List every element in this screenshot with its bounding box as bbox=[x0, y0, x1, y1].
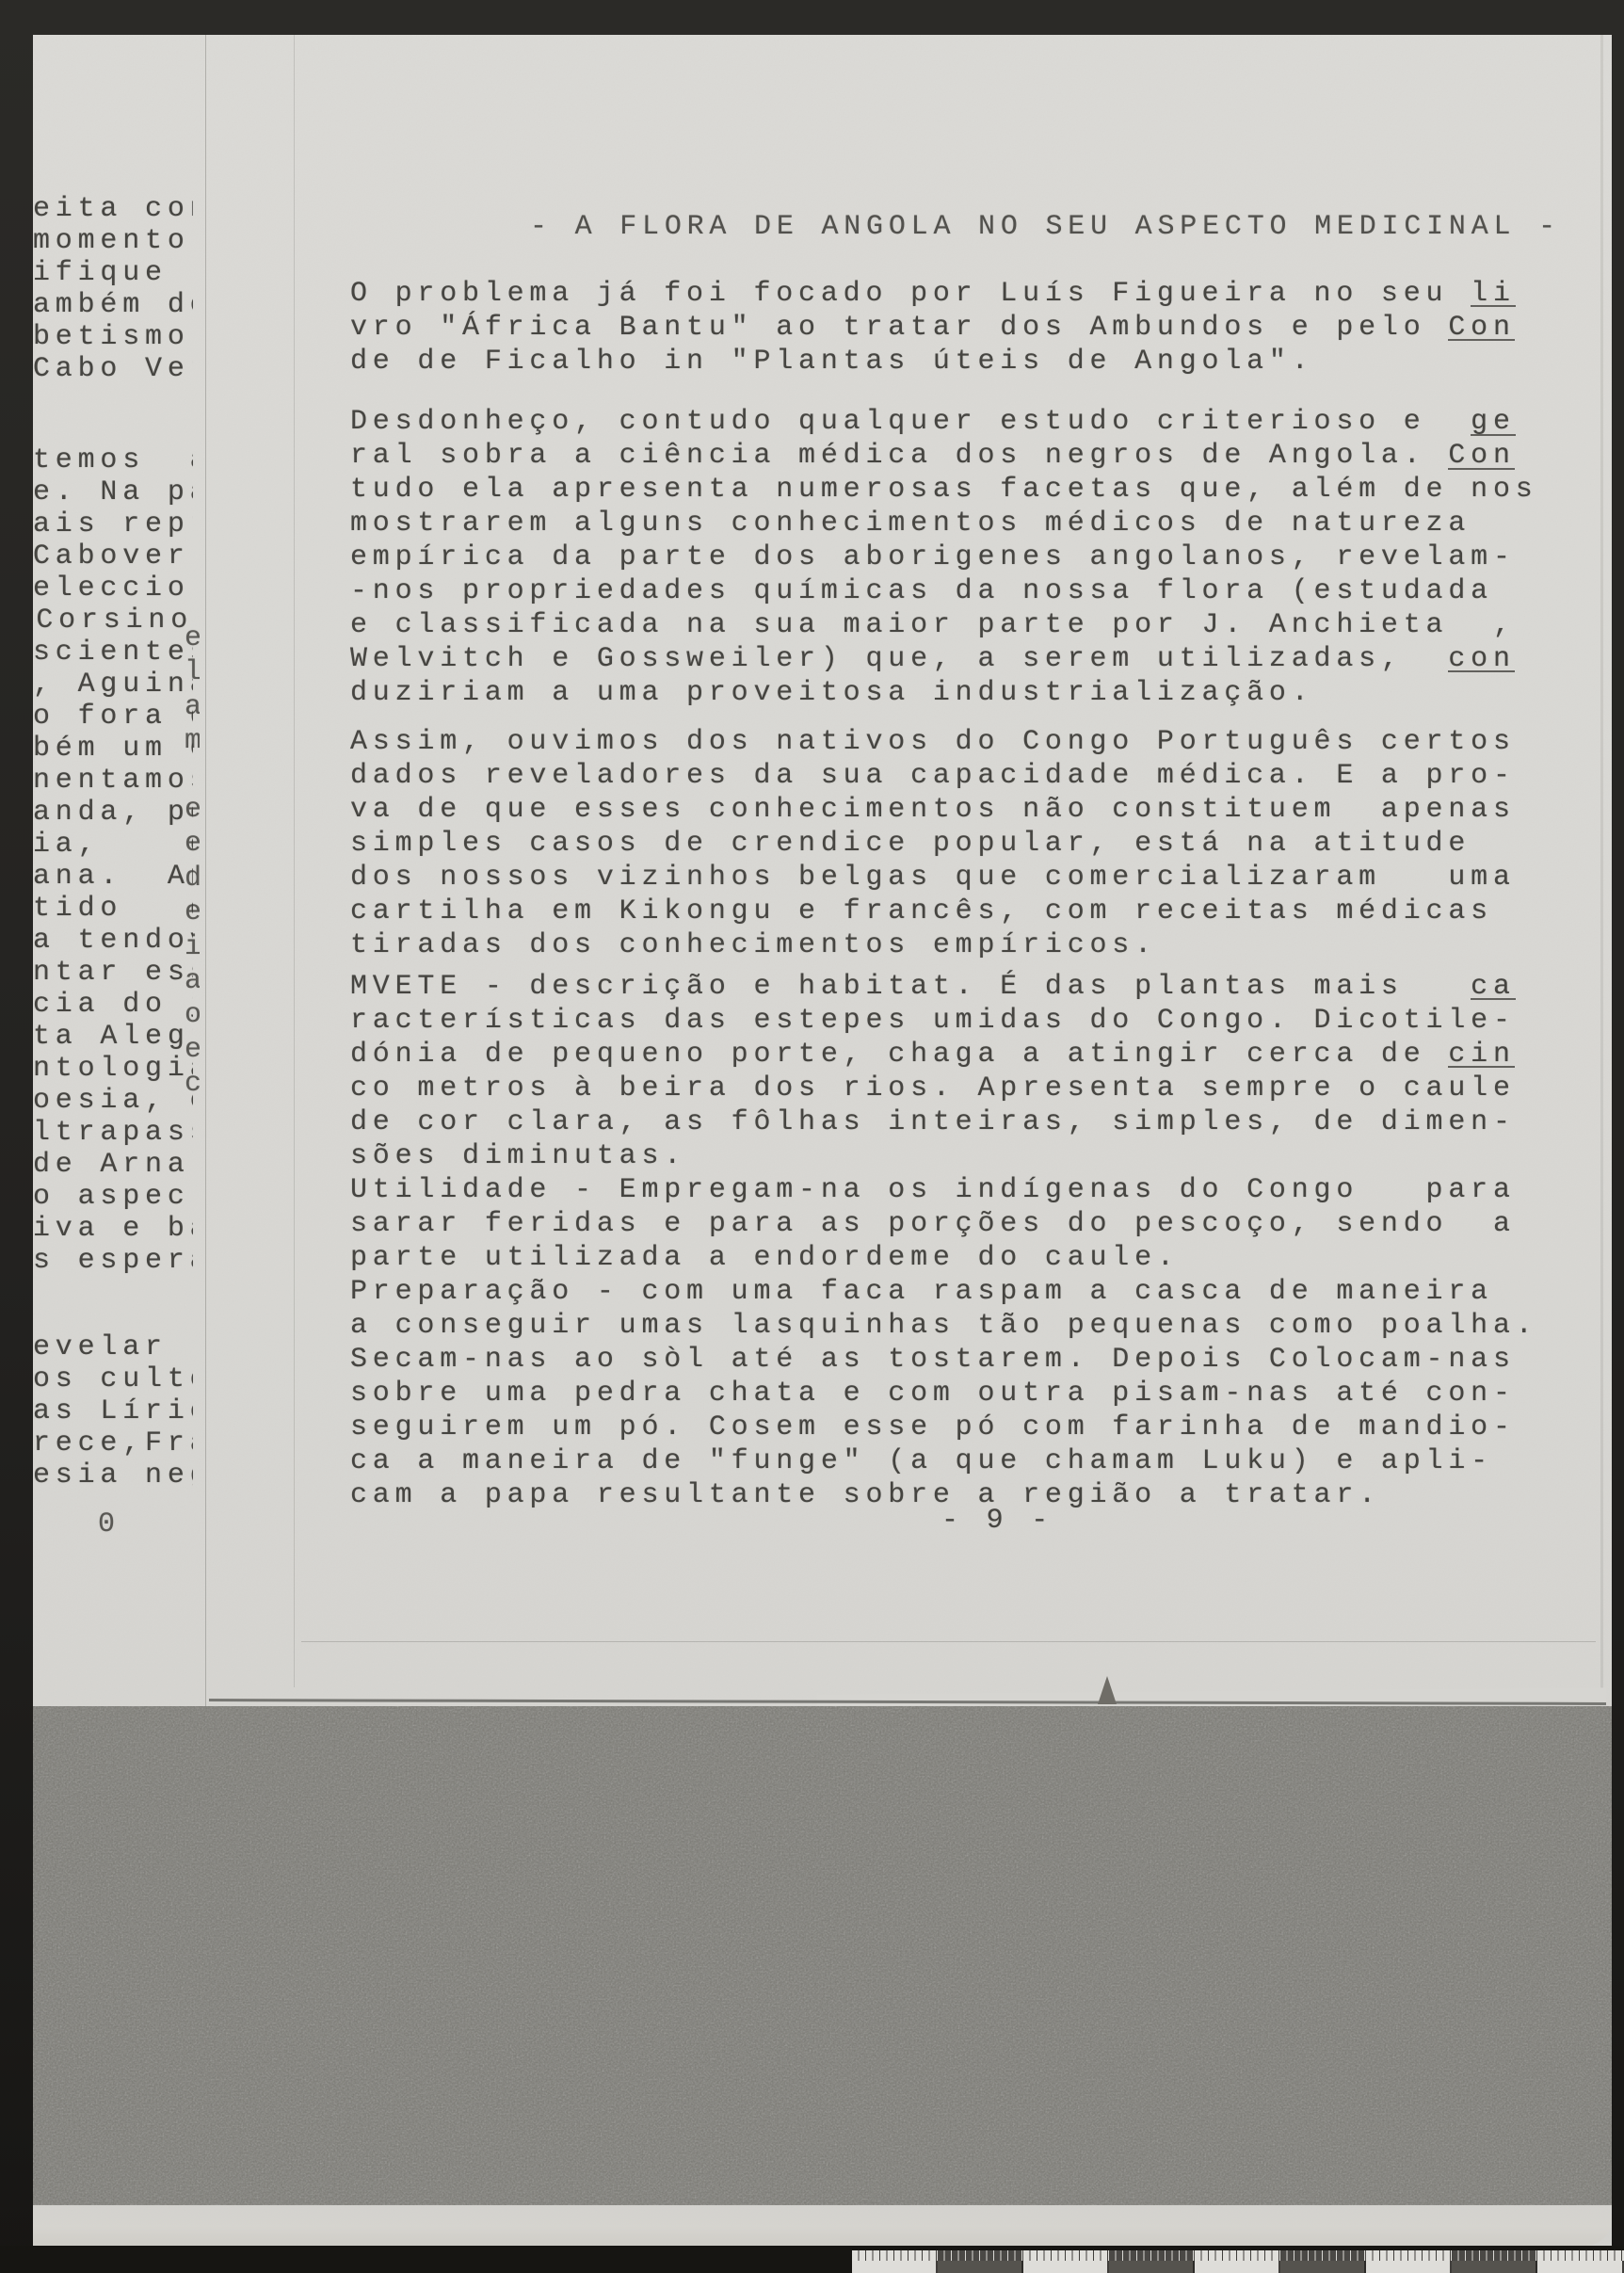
edge-letter: a bbox=[185, 690, 200, 724]
underline-mark bbox=[1448, 1066, 1515, 1068]
text-line: Assim, ouvimos dos nativos do Congo Port… bbox=[350, 725, 1516, 759]
paper-bottom-band bbox=[33, 2203, 1612, 2246]
edge-letter: i bbox=[185, 930, 200, 964]
left-page-fragment-top: eita consmomento ,ifique oambém deibetis… bbox=[33, 193, 193, 385]
edge-letter: m bbox=[185, 724, 200, 758]
page-edge-notch bbox=[1098, 1676, 1117, 1704]
edge-letter: d bbox=[185, 862, 200, 895]
fragment-line: iva e bas bbox=[33, 1213, 193, 1245]
text-line: tiradas dos conhecimentos empíricos. bbox=[350, 928, 1516, 962]
text-line: dónia de pequeno porte, chaga a atingir … bbox=[350, 1038, 1538, 1072]
edge-letter: a bbox=[185, 964, 200, 998]
text-line: co metros à beira dos rios. Apresenta se… bbox=[350, 1072, 1538, 1105]
fragment-line: anda, poe bbox=[33, 797, 193, 829]
text-line: ca a maneira de "funge" (a que chamam Lu… bbox=[350, 1444, 1538, 1478]
text-line: duziriam a uma proveitosa industrializaç… bbox=[350, 676, 1538, 710]
fragment-line: o fora da bbox=[33, 701, 193, 733]
fragment-line: , Aguinal bbox=[33, 669, 193, 701]
text-line: a conseguir umas lasquinhas tão pequenas… bbox=[350, 1309, 1538, 1343]
text-line: vro "África Bantu" ao tratar dos Ambundo… bbox=[350, 311, 1516, 345]
fragment-line: ambém dei bbox=[33, 289, 193, 321]
text-line: simples casos de crendice popular, está … bbox=[350, 827, 1516, 861]
fragment-line: rece,Fran bbox=[33, 1427, 193, 1459]
scan-photo: { "scan": { "title": "- A FLORA DE ANGOL… bbox=[0, 0, 1624, 2273]
page-number: - 9 - bbox=[941, 1505, 1053, 1537]
text-line: tudo ela apresenta numerosas facetas que… bbox=[350, 473, 1538, 507]
fragment-line: oesia, co bbox=[33, 1085, 193, 1117]
text-line: sões diminutas. bbox=[350, 1139, 1538, 1173]
ruler-segment bbox=[1280, 2250, 1366, 2273]
text-line: MVETE - descrição e habitat. É das plant… bbox=[350, 970, 1538, 1004]
paragraph-2: Desdonheço, contudo qualquer estudo crit… bbox=[350, 405, 1538, 710]
fragment-line: ntologia, bbox=[33, 1053, 193, 1085]
fragment-line: nentamos bbox=[33, 765, 193, 797]
page-right-edge bbox=[1600, 35, 1603, 1706]
text-line: Utilidade - Empregam-na os indígenas do … bbox=[350, 1173, 1538, 1207]
fragment-line: o aspec- bbox=[33, 1181, 193, 1213]
fragment-line: betismo do bbox=[33, 321, 193, 353]
text-line: parte utilizada a endordeme do caule. bbox=[350, 1241, 1538, 1275]
text-line: sarar feridas e para as porções do pesco… bbox=[350, 1207, 1538, 1241]
ruler-segment bbox=[852, 2250, 938, 2273]
fragment-line: ntar essa bbox=[33, 957, 193, 989]
text-line: ral sobra a ciência médica dos negros de… bbox=[350, 439, 1538, 473]
fragment-line: evelar a bbox=[33, 1331, 193, 1363]
fragment-line: ifique o bbox=[33, 257, 193, 289]
fragment-line: ia, que bbox=[33, 829, 193, 861]
edge-letter: c bbox=[185, 1067, 200, 1101]
edge-letter: e bbox=[185, 1033, 200, 1067]
text-line: dados reveladores da sua capacidade médi… bbox=[350, 759, 1516, 793]
fragment-line: bém um cn bbox=[33, 733, 193, 765]
text-line: -nos propriedades químicas da nossa flor… bbox=[350, 574, 1538, 608]
underline-mark bbox=[1471, 998, 1516, 1000]
fragment-line: eita cons bbox=[33, 193, 193, 225]
stray-mark: 0 bbox=[98, 1508, 121, 1540]
text-line: empírica da parte dos aborigenes angolan… bbox=[350, 540, 1538, 574]
fragment-line: ais repre bbox=[33, 508, 193, 540]
text-line: racterísticas das estepes umidas do Cong… bbox=[350, 1004, 1538, 1038]
fragment-line: Cabover- bbox=[33, 540, 193, 572]
fragment-line: ta Alegre bbox=[33, 1021, 193, 1053]
text-line: de cor clara, as fôlhas inteiras, simple… bbox=[350, 1105, 1538, 1139]
fragment-line: Corsino bbox=[33, 605, 193, 637]
fragment-line: cia do jó bbox=[33, 989, 193, 1021]
edge-letter: e bbox=[185, 827, 200, 861]
edge-letter: e bbox=[185, 895, 200, 929]
underline-mark bbox=[1448, 339, 1515, 341]
left-page-fragment-middle: temos ae. Na parais repreCabover-eleccio… bbox=[33, 444, 193, 1277]
fragment-line: os cultos bbox=[33, 1363, 193, 1395]
paragraph-1: O problema já foi focado por Luís Figuei… bbox=[350, 277, 1516, 379]
fragment-line: de Arnal- bbox=[33, 1149, 193, 1181]
fragment-line: as Líricas, bbox=[33, 1395, 193, 1427]
fragment-line: a tendovi bbox=[33, 925, 193, 957]
ruler-segment bbox=[1195, 2250, 1280, 2273]
edge-letter bbox=[185, 759, 200, 793]
fragment-line: ana. Ang bbox=[33, 861, 193, 893]
page-title: - A FLORA DE ANGOLA NO SEU ASPECTO MEDIC… bbox=[530, 211, 1561, 243]
fragment-line: tido de bbox=[33, 893, 193, 925]
fragment-line: eleccio - bbox=[33, 572, 193, 605]
edge-letters: elameedeiaoec bbox=[185, 621, 200, 1101]
edge-letter: o bbox=[185, 998, 200, 1032]
paragraph-3: Assim, ouvimos dos nativos do Congo Port… bbox=[350, 725, 1516, 962]
underline-mark bbox=[1471, 434, 1516, 436]
ruler-segment bbox=[938, 2250, 1023, 2273]
fragment-line: momento , bbox=[33, 225, 193, 257]
text-line: de de Ficalho in "Plantas úteis de Angol… bbox=[350, 345, 1516, 379]
mottled-shadow bbox=[33, 1706, 1612, 2205]
text-line: Welvitch e Gossweiler) que, a serem util… bbox=[350, 642, 1538, 676]
ruler-segment bbox=[1109, 2250, 1195, 2273]
edge-letter: e bbox=[185, 621, 200, 655]
scale-ruler bbox=[0, 2246, 1624, 2273]
underline-mark bbox=[1448, 670, 1515, 672]
fragment-line: e. Na par bbox=[33, 476, 193, 508]
crease-line bbox=[205, 35, 206, 1706]
text-line: va de que esses conhecimentos não consti… bbox=[350, 793, 1516, 827]
crease-line bbox=[294, 35, 295, 1687]
paragraph-4: MVETE - descrição e habitat. É das plant… bbox=[350, 970, 1538, 1512]
left-page-fragment-bottom: evelar aos cultosas Líricas,rece,Franesi… bbox=[33, 1331, 193, 1491]
text-line: seguirem um pó. Cosem esse pó com farinh… bbox=[350, 1411, 1538, 1444]
fragment-line: esia negra bbox=[33, 1459, 193, 1491]
text-line: dos nossos vizinhos belgas que comercial… bbox=[350, 861, 1516, 895]
text-line: O problema já foi focado por Luís Figuei… bbox=[350, 277, 1516, 311]
ruler-segment bbox=[1023, 2250, 1109, 2273]
text-line: Desdonheço, contudo qualquer estudo crit… bbox=[350, 405, 1538, 439]
text-line: mostrarem alguns conhecimentos médicos d… bbox=[350, 507, 1538, 540]
fragment-line: temos a bbox=[33, 444, 193, 476]
edge-letter: e bbox=[185, 793, 200, 827]
text-line: cartilha em Kikongu e francês, com recei… bbox=[350, 895, 1516, 928]
text-line: e classificada na sua maior parte por J.… bbox=[350, 608, 1538, 642]
ruler-segment bbox=[1452, 2250, 1537, 2273]
underline-mark bbox=[1471, 305, 1516, 307]
edge-letter: l bbox=[185, 655, 200, 689]
text-line: Preparação - com uma faca raspam a casca… bbox=[350, 1275, 1538, 1309]
text-line: Secam-nas ao sòl até as tostarem. Depois… bbox=[350, 1343, 1538, 1377]
text-line: sobre uma pedra chata e com outra pisam-… bbox=[350, 1377, 1538, 1411]
fragment-line: ltrapassa bbox=[33, 1117, 193, 1149]
fragment-line: s esperan bbox=[33, 1245, 193, 1277]
page-curl-line bbox=[301, 1641, 1596, 1642]
fragment-line: Cabo Ver bbox=[33, 353, 193, 385]
ruler-segment bbox=[1537, 2250, 1624, 2273]
ruler-segment bbox=[1366, 2250, 1452, 2273]
underline-mark bbox=[1448, 468, 1515, 470]
fragment-line: scientes e bbox=[33, 637, 193, 669]
